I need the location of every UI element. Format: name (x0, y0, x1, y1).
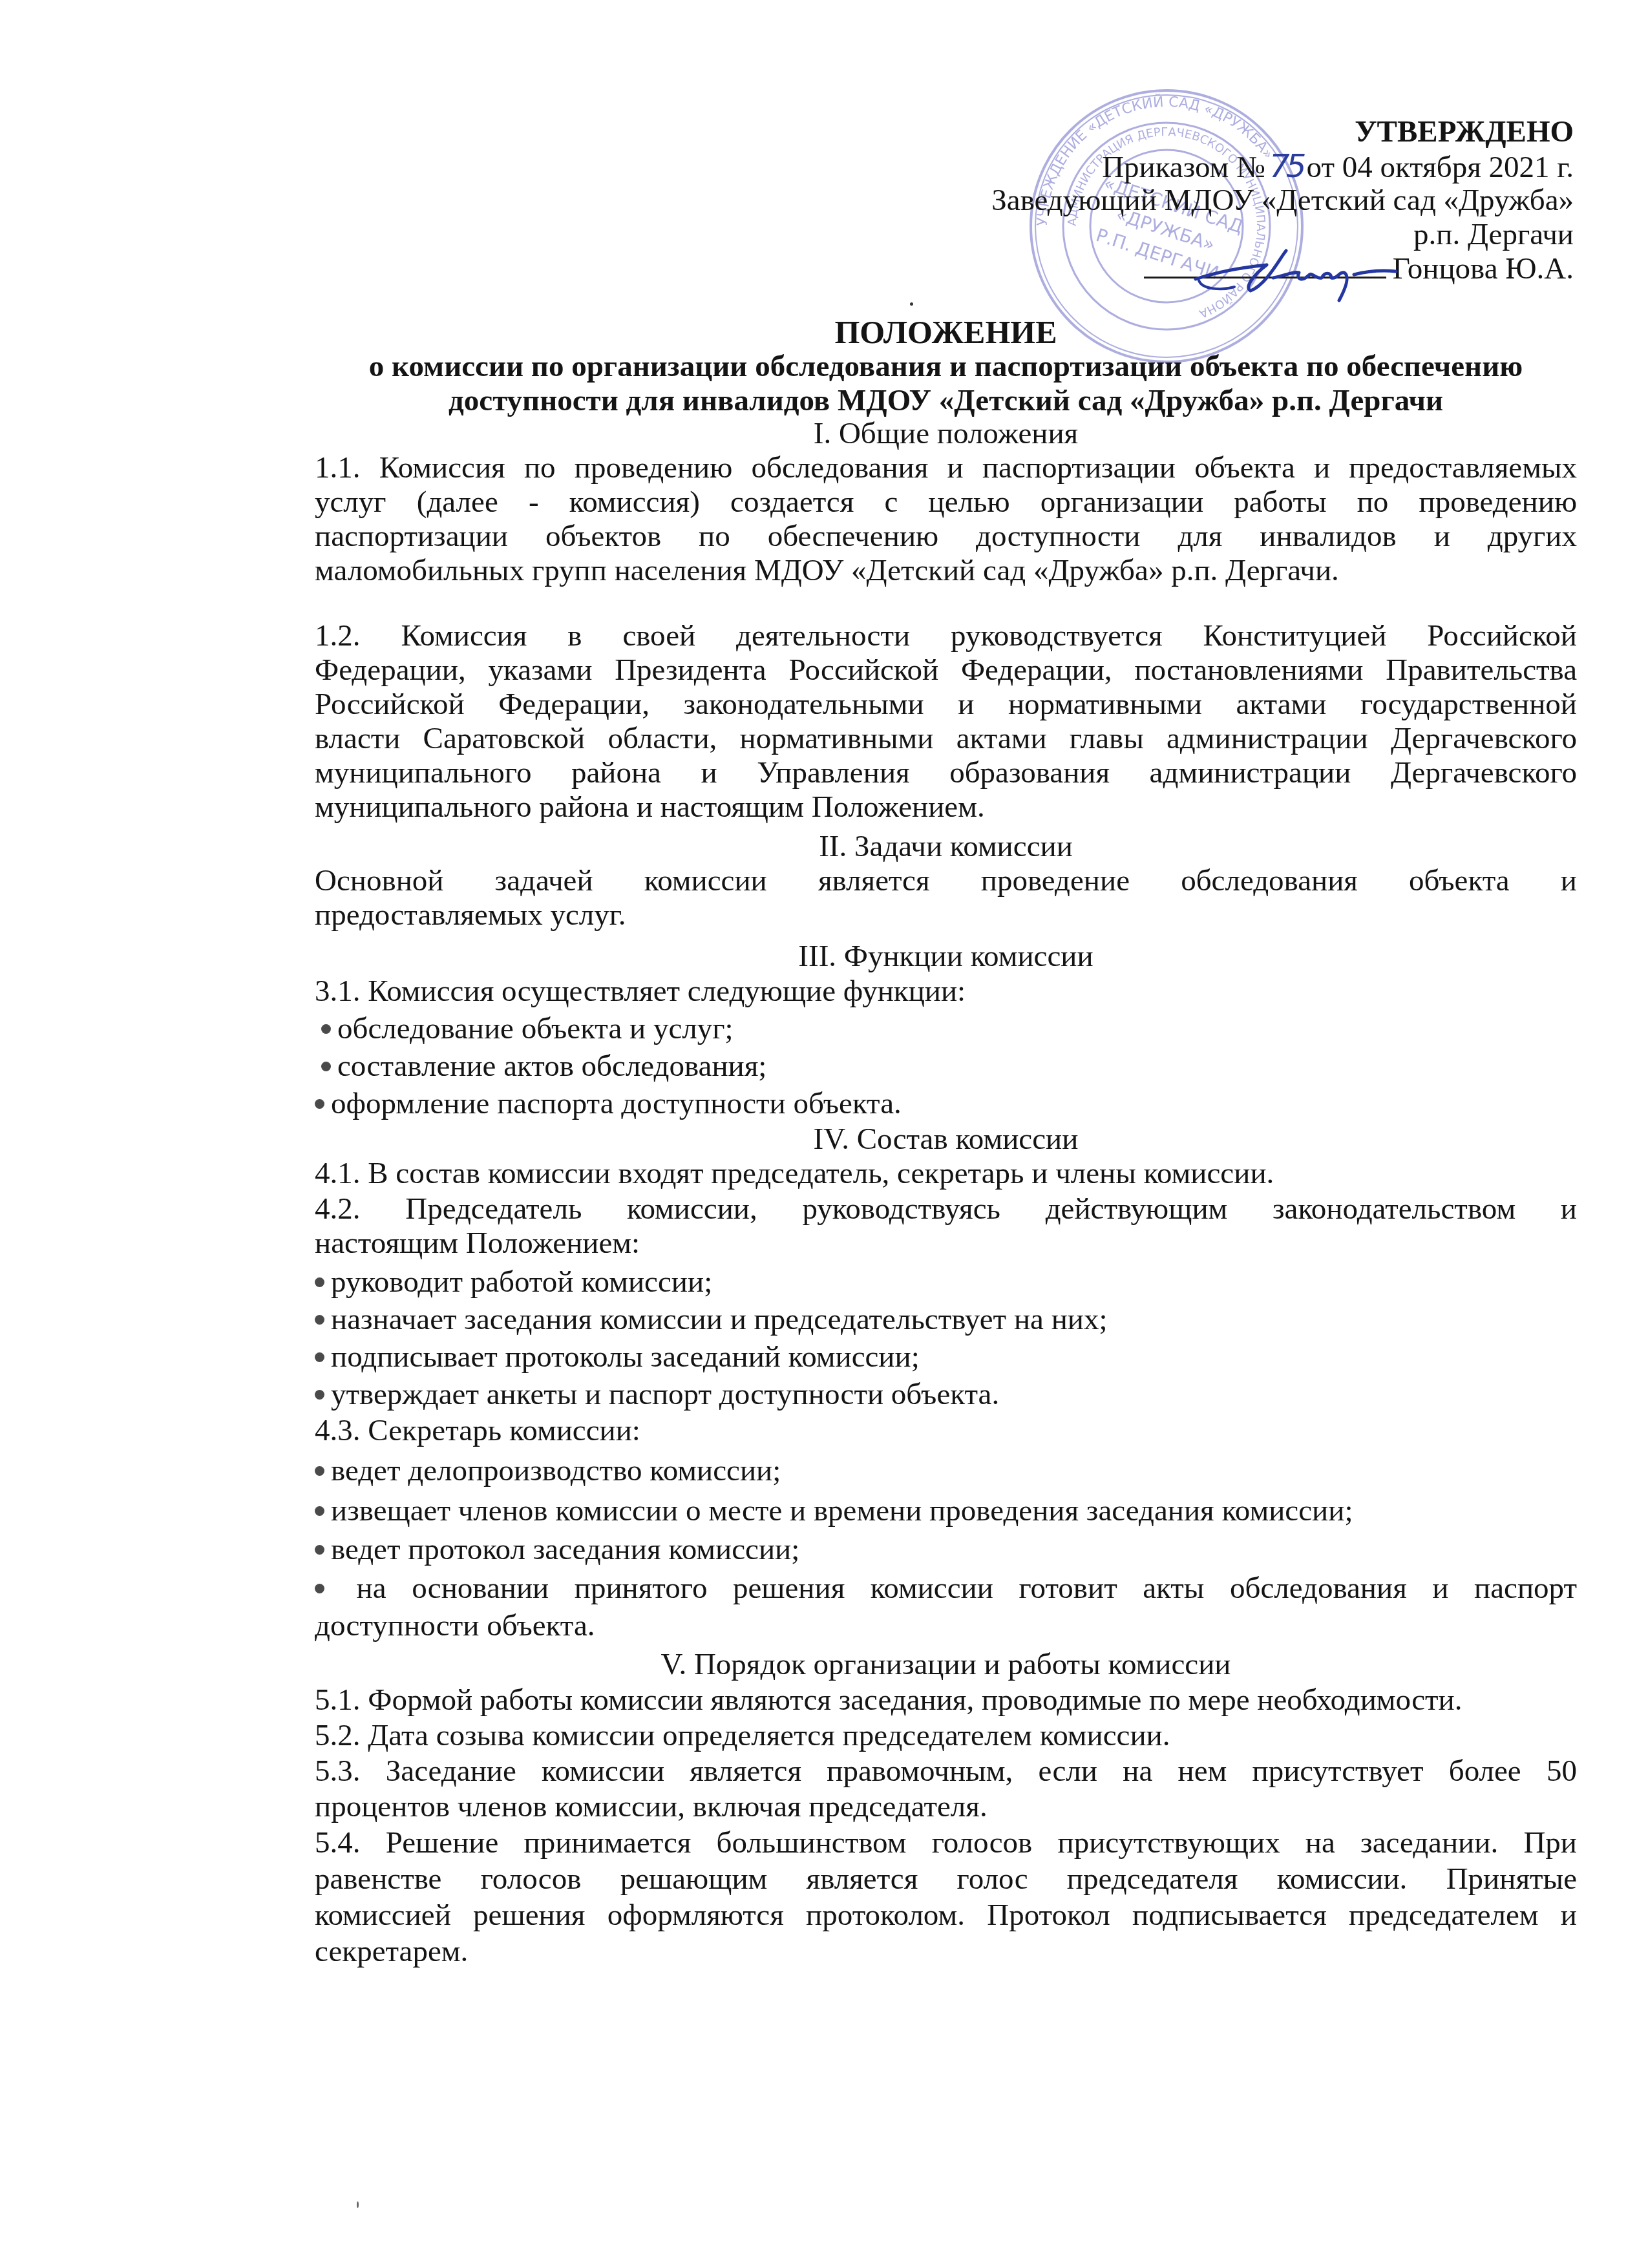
list-item: назначает заседания комиссии и председат… (315, 1303, 1577, 1337)
paragraph-5-2: 5.2. Дата созыва комиссии определяется п… (315, 1719, 1577, 1753)
section-1-heading: I. Общие положения (315, 417, 1577, 451)
paragraph-1-2-line: 1.2. Комиссия в своей деятельности руков… (315, 619, 1577, 653)
paragraph-4-2-line: 4.2. Председатель комиссии, руководствуя… (315, 1192, 1577, 1226)
bullet-icon (315, 1315, 324, 1325)
order-number-handwritten: 75 (1265, 147, 1307, 185)
paragraph-5-4-line: комиссией решения оформляются протоколом… (315, 1898, 1577, 1933)
list-item: ведет протокол заседания комиссии; (315, 1533, 1577, 1567)
section-3-heading: III. Функции комиссии (315, 940, 1577, 974)
locality: р.п. Дергачи (1413, 218, 1574, 252)
paragraph-1-2-line: Российской Федерации, законодательными и… (315, 688, 1577, 722)
paragraph-1-2-line: муниципального района и Управления образ… (315, 756, 1577, 790)
signatory-name: Гонцова Ю.А. (1393, 252, 1574, 286)
order-reference: Приказом №75от 04 октября 2021 г. (1102, 149, 1574, 185)
document-page: УЧРЕЖДЕНИЕ «ДЕТСКИЙ САД «ДРУЖБА» АДМИНИС… (0, 0, 1648, 2268)
paragraph-1-2-line: Федерации, указами Президента Российской… (315, 653, 1577, 688)
list-item: извещает членов комиссии о месте и време… (315, 1494, 1577, 1528)
document-title: ПОЛОЖЕНИЕ (315, 315, 1577, 350)
list-item: ведет делопроизводство комиссии; (315, 1454, 1577, 1488)
paragraph-1-1-line: 1.1. Комиссия по проведению обследования… (315, 451, 1577, 485)
paragraph-4-2-line: настоящим Положением: (315, 1226, 1577, 1261)
paragraph-4-3: 4.3. Секретарь комиссии: (315, 1414, 1577, 1448)
paragraph-3-1: 3.1. Комиссия осуществляет следующие фун… (315, 974, 1577, 1009)
paragraph-5-4-line: равенстве голосов решающим является голо… (315, 1862, 1577, 1896)
bullet-icon (315, 1466, 324, 1476)
bullet-icon (315, 1584, 324, 1593)
list-item: утверждает анкеты и паспорт доступности … (315, 1378, 1577, 1412)
list-item-continuation: доступности объекта. (315, 1609, 1577, 1643)
list-item: руководит работой комиссии; (315, 1265, 1577, 1299)
section-2-text-line: Основной задачей комиссии является прове… (315, 864, 1577, 898)
scan-speck (357, 2201, 359, 2208)
paragraph-5-4-line: секретарем. (315, 1935, 1577, 1969)
paragraph-1-1-line: маломобильных групп населения МДОУ «Детс… (315, 554, 1577, 588)
bullet-icon (315, 1545, 324, 1555)
bullet-icon (321, 1062, 331, 1071)
signature-line (1144, 253, 1386, 278)
paragraph-5-1: 5.1. Формой работы комиссии являются зас… (315, 1683, 1577, 1717)
paragraph-5-3-line: 5.3. Заседание комиссии является правомо… (315, 1754, 1577, 1789)
head-position: Заведующий МДОУ «Детский сад «Дружба» (991, 184, 1574, 218)
bullet-icon (315, 1099, 324, 1109)
bullet-icon (315, 1390, 324, 1400)
paragraph-5-3-line: процентов членов комиссии, включая предс… (315, 1790, 1577, 1824)
paragraph-1-2-line: муниципального района и настоящим Положе… (315, 790, 1577, 824)
document-subtitle-line-1: о комиссии по организации обследования и… (315, 350, 1577, 384)
section-4-heading: IV. Состав комиссии (315, 1122, 1577, 1157)
paragraph-5-4-line: 5.4. Решение принимается большинством го… (315, 1826, 1577, 1860)
list-item: составление актов обследования; (315, 1049, 1583, 1084)
section-5-heading: V. Порядок организации и работы комиссии (315, 1648, 1577, 1682)
section-2-text-line: предоставляемых услуг. (315, 898, 1577, 932)
paragraph-1-1-line: услуг (далее - комиссия) создается с цел… (315, 485, 1577, 520)
bullet-icon (321, 1024, 331, 1034)
paragraph-1-1-line: паспортизации объектов по обеспечению до… (315, 520, 1577, 554)
list-item: на основании принятого решения комиссии … (315, 1571, 1577, 1606)
order-date: от 04 октября 2021 г. (1307, 151, 1574, 184)
list-item: оформление паспорта доступности объекта. (315, 1087, 1577, 1121)
section-2-heading: II. Задачи комиссии (315, 830, 1577, 864)
bullet-icon (315, 1352, 324, 1362)
signatory-line: Гонцова Ю.А. (1144, 252, 1574, 286)
paragraph-1-2-line: власти Саратовской области, нормативными… (315, 722, 1577, 756)
list-item: подписывает протоколы заседаний комиссии… (315, 1340, 1577, 1374)
scan-speck (910, 302, 913, 306)
approved-label: УТВЕРЖДЕНО (1355, 115, 1574, 149)
bullet-icon (315, 1506, 324, 1516)
bullet-icon (315, 1277, 324, 1287)
document-subtitle-line-2: доступности для инвалидов МДОУ «Детский … (315, 384, 1577, 418)
order-prefix: Приказом № (1102, 151, 1265, 184)
paragraph-4-1: 4.1. В состав комиссии входят председате… (315, 1157, 1577, 1191)
list-item: обследование объекта и услуг; (315, 1012, 1583, 1046)
